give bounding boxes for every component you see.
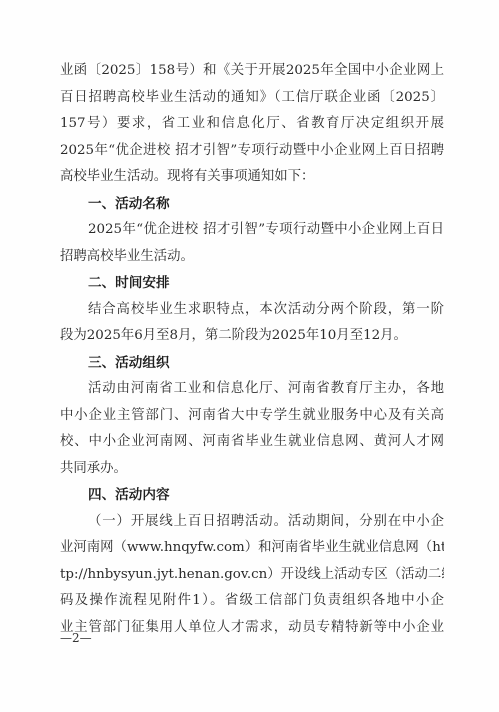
section-3-line: 活动由河南省工业和信息化厅、河南省教育厅主办，各地 <box>60 376 444 403</box>
intro-line: 高校毕业生活动。现将有关事项通知如下： <box>60 164 444 191</box>
section-4-line: 码及操作流程见附件1）。省级工信部门负责组织各地中小企 <box>60 588 444 615</box>
intro-line: 2025年“优企进校 招才引智”专项行动暨中小企业网上百日招聘 <box>60 138 444 165</box>
section-3-line: 中小企业主管部门、河南省大中专学生就业服务中心及有关高 <box>60 403 444 430</box>
section-2-line: 结合高校毕业生求职特点，本次活动分两个阶段，第一阶 <box>60 297 444 324</box>
intro-line: 157号）要求，省工业和信息化厅、省教育厅决定组织开展 <box>60 111 444 138</box>
section-4-line: 业河南网（www.hnqyfw.com）和河南省毕业生就业信息网（ht <box>60 535 444 562</box>
intro-line: 业函〔2025〕158号）和《关于开展2025年全国中小企业网上 <box>60 58 444 85</box>
section-heading-activity-name: 一、活动名称 <box>60 191 444 218</box>
document-page: 业函〔2025〕158号）和《关于开展2025年全国中小企业网上 百日招聘高校毕… <box>0 0 499 712</box>
section-1-line: 招聘高校毕业生活动。 <box>60 244 444 271</box>
section-heading-content: 四、活动内容 <box>60 482 444 509</box>
intro-line: 百日招聘高校毕业生活动的通知》（工信厅联企业函〔2025〕 <box>60 85 444 112</box>
section-4-line: 业主管部门征集用人单位人才需求，动员专精特新等中小企业 <box>60 615 444 642</box>
section-2-line: 段为2025年6月至8月，第二阶段为2025年10月至12月。 <box>60 323 444 350</box>
section-4-line: （一）开展线上百日招聘活动。活动期间，分别在中小企 <box>60 509 444 536</box>
section-3-line: 校、中小企业河南网、河南省毕业生就业信息网、黄河人才网 <box>60 429 444 456</box>
section-3-line: 共同承办。 <box>60 456 444 483</box>
section-heading-organization: 三、活动组织 <box>60 350 444 377</box>
section-heading-schedule: 二、时间安排 <box>60 270 444 297</box>
page-number: —2— <box>60 631 92 645</box>
section-1-line: 2025年“优企进校 招才引智”专项行动暨中小企业网上百日 <box>60 217 444 244</box>
section-4-line: tp://hnbysyun.jyt.henan.gov.cn）开设线上活动专区（… <box>60 562 444 589</box>
document-body: 业函〔2025〕158号）和《关于开展2025年全国中小企业网上 百日招聘高校毕… <box>60 58 444 641</box>
